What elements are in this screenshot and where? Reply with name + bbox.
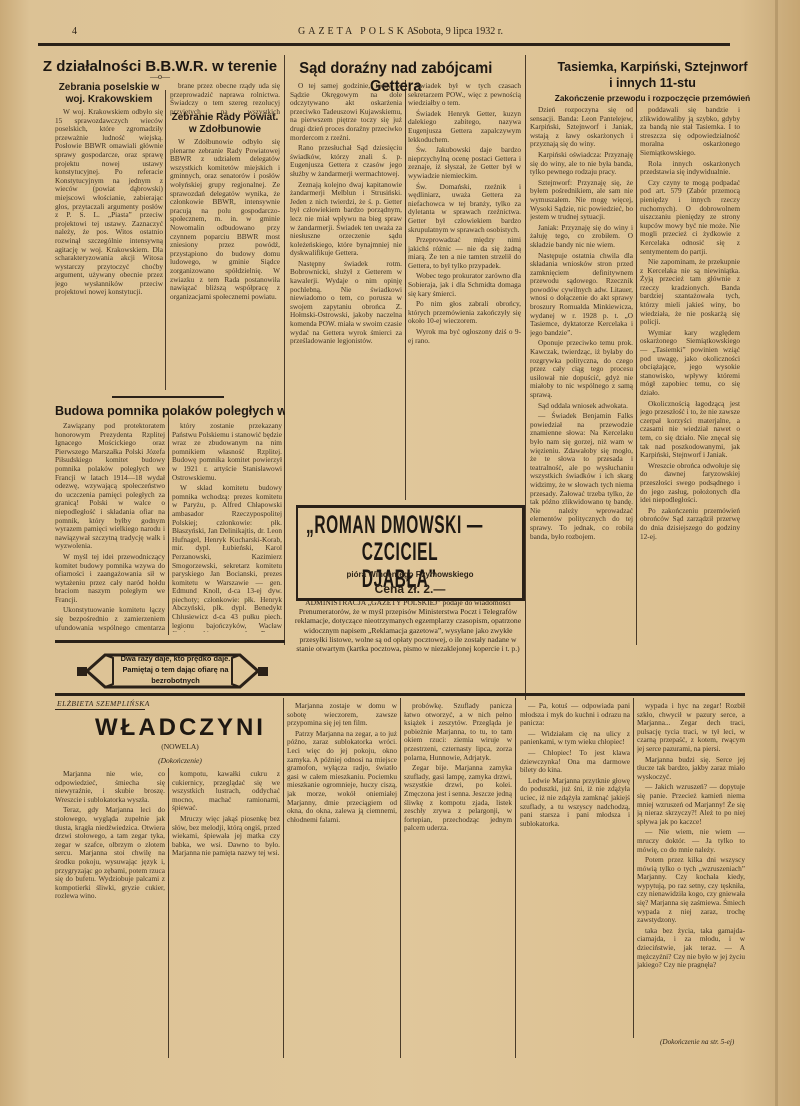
novella-body-4: probówkę. Szuflady panicza łatwo otworzy… bbox=[404, 702, 512, 1055]
page-number: 4 bbox=[72, 26, 77, 37]
column-divider bbox=[400, 698, 401, 1058]
novella-body-6: wypada i hyc na zegar! Rozbił szkło, chw… bbox=[637, 702, 745, 1032]
column-divider bbox=[168, 768, 169, 1058]
column-divider bbox=[636, 100, 637, 645]
subheadline-tasiemka: Zakończenie przewodu i rozpoczęcie przem… bbox=[530, 93, 775, 103]
novella-body-5: — Pa, kotuś — odpowiada pani młodsza i m… bbox=[520, 702, 630, 1055]
column-divider bbox=[168, 410, 169, 635]
continuation-note: (Dokończenie na str. 5-ej) bbox=[660, 1038, 734, 1046]
column-divider bbox=[283, 698, 284, 1058]
masthead-rule bbox=[38, 43, 730, 46]
novella-author: ELŻBIETA SZEMPLIŃSKA bbox=[57, 699, 150, 708]
article-body-monument-1: Zawiązany pod protektoratem honorowym Pr… bbox=[55, 422, 165, 632]
ad-author: pióra Wincentego Rzymowskiego bbox=[298, 570, 522, 579]
article-body-zdolbunow: W Zdołbunowie odbyło się plenarne zebran… bbox=[170, 138, 280, 383]
article-body-krakow: W woj. Krakowskiem odbyło się 15 sprawoz… bbox=[55, 108, 163, 383]
subheadline-krakow: Zebrania poselskie w woj. Krakowskiem bbox=[55, 82, 163, 106]
novella-title: WŁADCZYNI bbox=[95, 714, 265, 742]
masthead: 4 GAZETA POLSKA Sobota, 9 lipca 1932 r. bbox=[58, 26, 733, 40]
article-body-tasiemka-2: poddawali się bandzie i zlikwidowaliby j… bbox=[640, 106, 740, 646]
headline-monument: Budowa pomnika polaków poległych we Fran… bbox=[55, 404, 285, 418]
newspaper-title: GAZETA POLSKA bbox=[298, 26, 417, 37]
author-underline bbox=[55, 709, 145, 710]
novella-body-2: kompotu, kawałki cukru z cukiernicy, prz… bbox=[172, 770, 280, 1055]
ad-title: „ROMAN DMOWSKI — CZCICIEL DJABŁA” bbox=[306, 512, 517, 593]
column-divider bbox=[405, 80, 406, 500]
novella-status: (Dokończenie) bbox=[95, 756, 265, 765]
ad-price: Cena zł. 2.— bbox=[298, 582, 522, 596]
ornament-rule bbox=[112, 396, 224, 398]
article-body-getter-1: O tej samej godzinie, kiedy w Sądzie Okr… bbox=[290, 82, 402, 500]
novella-body-1: Marjanna nie wie, co odpowiedzieć, śmiec… bbox=[55, 770, 165, 1055]
page-fold bbox=[775, 0, 778, 1106]
charity-banner: Dwa razy daje, kto prędko daje. Pamiętaj… bbox=[75, 650, 270, 692]
administration-notice: ADMINISTRACJA „GAZETY POLSKIEJ” podaje d… bbox=[290, 598, 526, 653]
novella-body-3: Marjanna zostaje w domu w sobotę wieczor… bbox=[287, 702, 397, 1055]
novella-genre: (NOWELA) bbox=[95, 742, 265, 751]
article-body-monument-2: który zostanie przekazany Państwu Polski… bbox=[172, 422, 282, 632]
headline-tasiemka-2: i innych 11-stu bbox=[530, 76, 775, 90]
ornament: —o— bbox=[150, 72, 170, 81]
column-divider bbox=[165, 90, 166, 390]
column-divider bbox=[515, 698, 516, 1058]
article-body-tasiemka-1: Dzień rozpoczyna się od sensacji. Banda:… bbox=[530, 106, 633, 646]
subheadline-zdolbunow: Zebranie Rady Powiat. w Zdołbunowie bbox=[170, 112, 280, 136]
column-divider bbox=[633, 698, 634, 1038]
column-divider bbox=[284, 55, 285, 645]
section-rule bbox=[55, 640, 285, 643]
section-rule bbox=[55, 693, 745, 696]
issue-date: Sobota, 9 lipca 1932 r. bbox=[413, 26, 503, 37]
article-body-getter-2: Świadek był w tych czasach sekretarzem P… bbox=[408, 82, 521, 500]
headline-tasiemka-1: Tasiemka, Karpiński, Sztejnworf bbox=[530, 60, 775, 74]
book-advertisement: „ROMAN DMOWSKI — CZCICIEL DJABŁA” pióra … bbox=[296, 505, 525, 601]
